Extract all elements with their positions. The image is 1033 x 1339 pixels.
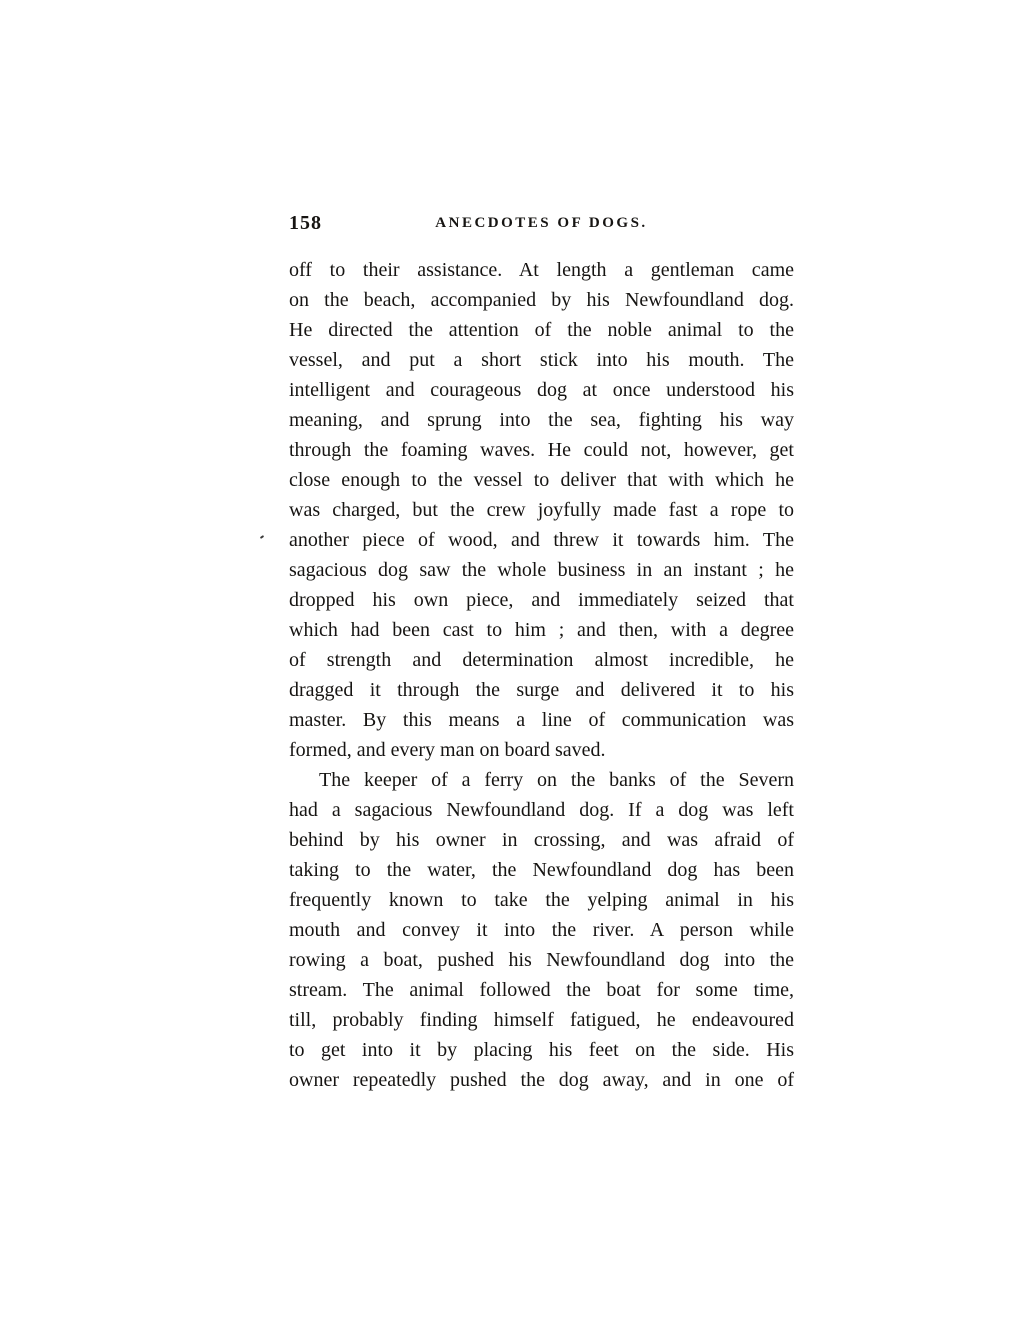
- text-line: sagacious dog saw the whole business in …: [289, 555, 794, 585]
- text-line: vessel, and put a short stick into his m…: [289, 345, 794, 375]
- text-line: owner repeatedly pushed the dog away, an…: [289, 1065, 794, 1095]
- paragraph-2: The keeper of a ferry on the banks of th…: [289, 765, 794, 1095]
- body-text: off to their assistance. At length a gen…: [289, 255, 794, 1095]
- text-line: master. By this means a line of communic…: [289, 705, 794, 735]
- text-line: formed, and every man on board saved.: [289, 735, 794, 765]
- text-line: through the foaming waves. He could not,…: [289, 435, 794, 465]
- text-line: to get into it by placing his feet on th…: [289, 1035, 794, 1065]
- text-line: intelligent and courageous dog at once u…: [289, 375, 794, 405]
- text-line: The keeper of a ferry on the banks of th…: [289, 765, 794, 795]
- text-line: He directed the attention of the noble a…: [289, 315, 794, 345]
- text-line: taking to the water, the Newfoundland do…: [289, 855, 794, 885]
- text-line: off to their assistance. At length a gen…: [289, 255, 794, 285]
- text-line: was charged, but the crew joyfully made …: [289, 495, 794, 525]
- text-line: of strength and determination almost inc…: [289, 645, 794, 675]
- text-line: had a sagacious Newfoundland dog. If a d…: [289, 795, 794, 825]
- paragraph-1: off to their assistance. At length a gen…: [289, 255, 794, 765]
- text-line: dropped his own piece, and immediately s…: [289, 585, 794, 615]
- text-line: mouth and convey it into the river. A pe…: [289, 915, 794, 945]
- book-page: 158 ANECDOTES OF DOGS. off to their assi…: [0, 0, 1033, 1339]
- text-line: behind by his owner in crossing, and was…: [289, 825, 794, 855]
- text-line: rowing a boat, pushed his Newfoundland d…: [289, 945, 794, 975]
- scan-artifact-mark: [260, 535, 264, 539]
- text-line: meaning, and sprung into the sea, fighti…: [289, 405, 794, 435]
- text-line: frequently known to take the yelping ani…: [289, 885, 794, 915]
- text-line: dragged it through the surge and deliver…: [289, 675, 794, 705]
- text-line: close enough to the vessel to deliver th…: [289, 465, 794, 495]
- running-title: ANECDOTES OF DOGS.: [289, 215, 794, 232]
- text-line: stream. The animal followed the boat for…: [289, 975, 794, 1005]
- text-line: till, probably finding himself fatigued,…: [289, 1005, 794, 1035]
- page-header: 158 ANECDOTES OF DOGS.: [289, 212, 794, 236]
- text-line: on the beach, accompanied by his Newfoun…: [289, 285, 794, 315]
- text-line: which had been cast to him ; and then, w…: [289, 615, 794, 645]
- text-line: another piece of wood, and threw it towa…: [289, 525, 794, 555]
